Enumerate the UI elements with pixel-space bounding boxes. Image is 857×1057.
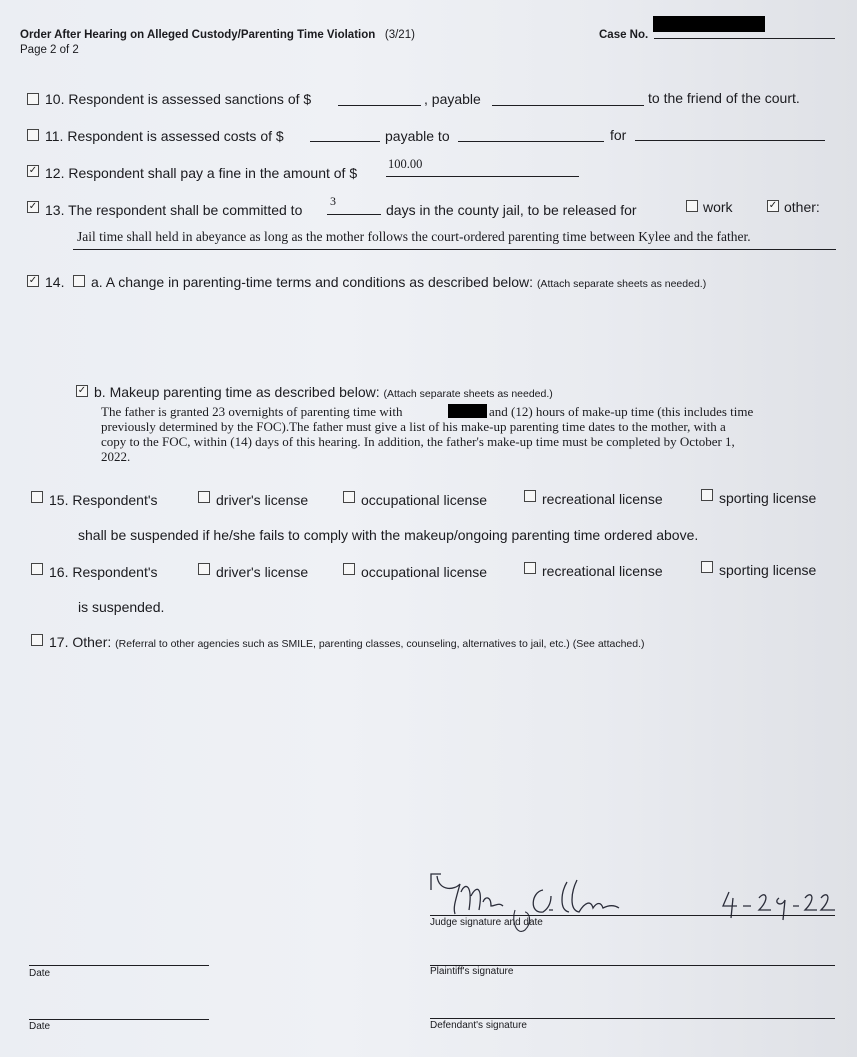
item-16-occupational-label: occupational license — [361, 564, 487, 580]
checkmark-icon: ✓ — [29, 275, 37, 286]
item-15-tail: shall be suspended if he/she fails to co… — [78, 527, 698, 543]
makeup-text-line-1b: and (12) hours of make-up time (this inc… — [489, 404, 753, 420]
item-15-sporting-checkbox[interactable] — [701, 489, 713, 501]
item-15-recreational-checkbox[interactable] — [524, 490, 536, 502]
item-14a-checkbox[interactable] — [73, 275, 85, 287]
item-16-sporting-checkbox[interactable] — [701, 561, 713, 573]
case-no-field[interactable] — [654, 38, 835, 39]
makeup-text-line-2: previously determined by the FOC).The fa… — [101, 419, 726, 435]
page-number: Page 2 of 2 — [20, 44, 79, 56]
item-16-drivers-checkbox[interactable] — [198, 563, 210, 575]
date-line-2[interactable] — [29, 1019, 209, 1020]
item-10-payable: , payable — [424, 91, 481, 107]
item-15-drivers-label: driver's license — [216, 492, 308, 508]
item-16-recreational-checkbox[interactable] — [524, 562, 536, 574]
item-15-drivers-checkbox[interactable] — [198, 491, 210, 503]
defendant-signature-label: Defendant's signature — [430, 1020, 527, 1031]
item-16-tail: is suspended. — [78, 599, 164, 615]
sanctions-payable-field[interactable] — [492, 105, 644, 106]
item-11-for: for — [610, 127, 626, 143]
judge-signature — [425, 862, 845, 942]
item-13-release: days in the county jail, to be released … — [386, 202, 637, 218]
item-17-text: 17. Other: (Referral to other agencies s… — [49, 634, 645, 650]
judge-signature-label: Judge signature and date — [430, 917, 543, 928]
item-15-sporting-label: sporting license — [719, 490, 816, 506]
item-14-number: 14. — [45, 274, 64, 290]
item-12-text: 12. Respondent shall pay a fine in the a… — [45, 165, 357, 181]
item-16-occupational-checkbox[interactable] — [343, 563, 355, 575]
item-12-checkbox[interactable]: ✓ — [27, 165, 39, 177]
item-16-checkbox[interactable] — [31, 563, 43, 575]
other-release-text[interactable]: Jail time shall held in abeyance as long… — [77, 229, 751, 245]
item-17-checkbox[interactable] — [31, 634, 43, 646]
makeup-text-line-1: The father is granted 23 overnights of p… — [101, 404, 402, 420]
item-14-checkbox[interactable]: ✓ — [27, 275, 39, 287]
case-no-redaction — [653, 16, 765, 32]
other-checkbox[interactable]: ✓ — [767, 200, 779, 212]
item-16-recreational-label: recreational license — [542, 563, 663, 579]
makeup-text-line-3: copy to the FOC, within (14) days of thi… — [101, 434, 735, 450]
item-10-checkbox[interactable] — [27, 93, 39, 105]
item-13-text: 13. The respondent shall be committed to — [45, 202, 302, 218]
work-label: work — [703, 199, 733, 215]
item-15-occupational-checkbox[interactable] — [343, 491, 355, 503]
judge-signature-line[interactable] — [430, 915, 835, 916]
date-label-2: Date — [29, 1021, 50, 1032]
checkmark-icon: ✓ — [78, 385, 86, 396]
item-16-text: 16. Respondent's — [49, 564, 158, 580]
form-title: Order After Hearing on Alleged Custody/P… — [20, 29, 415, 41]
jail-days-field — [327, 214, 381, 215]
checkmark-icon: ✓ — [769, 200, 777, 211]
item-15-occupational-label: occupational license — [361, 492, 487, 508]
costs-for-field[interactable] — [635, 140, 825, 141]
item-14b-text: b. Makeup parenting time as described be… — [94, 384, 553, 400]
other-label: other: — [784, 199, 820, 215]
item-14a-text: a. A change in parenting-time terms and … — [91, 274, 706, 290]
case-no-label: Case No. — [599, 29, 648, 41]
costs-amount-field[interactable] — [310, 141, 380, 142]
sanctions-amount-field[interactable] — [338, 105, 421, 106]
makeup-text-line-4: 2022. — [101, 449, 130, 465]
item-10-tail: to the friend of the court. — [648, 90, 800, 106]
date-label-1: Date — [29, 968, 50, 979]
defendant-signature-line[interactable] — [430, 1018, 835, 1019]
item-15-text: 15. Respondent's — [49, 492, 158, 508]
fine-amount-value[interactable]: 100.00 — [388, 157, 422, 172]
item-11-checkbox[interactable] — [27, 129, 39, 141]
item-11-text: 11. Respondent is assessed costs of $ — [45, 128, 284, 144]
item-10-text: 10. Respondent is assessed sanctions of … — [45, 91, 311, 107]
item-16-sporting-label: sporting license — [719, 562, 816, 578]
item-11-payable-to: payable to — [385, 128, 450, 144]
plaintiff-signature-label: Plaintiff's signature — [430, 966, 513, 977]
checkmark-icon: ✓ — [29, 201, 37, 212]
item-15-checkbox[interactable] — [31, 491, 43, 503]
work-checkbox[interactable] — [686, 200, 698, 212]
item-15-recreational-label: recreational license — [542, 491, 663, 507]
fine-amount-field — [386, 176, 579, 177]
checkmark-icon: ✓ — [29, 165, 37, 176]
child-name-redaction — [448, 404, 487, 418]
date-line-1[interactable] — [29, 965, 209, 966]
item-16-drivers-label: driver's license — [216, 564, 308, 580]
jail-days-value[interactable]: 3 — [330, 194, 336, 209]
item-14b-checkbox[interactable]: ✓ — [76, 385, 88, 397]
item-13-checkbox[interactable]: ✓ — [27, 201, 39, 213]
costs-payable-to-field[interactable] — [458, 141, 604, 142]
other-release-field — [73, 249, 836, 250]
